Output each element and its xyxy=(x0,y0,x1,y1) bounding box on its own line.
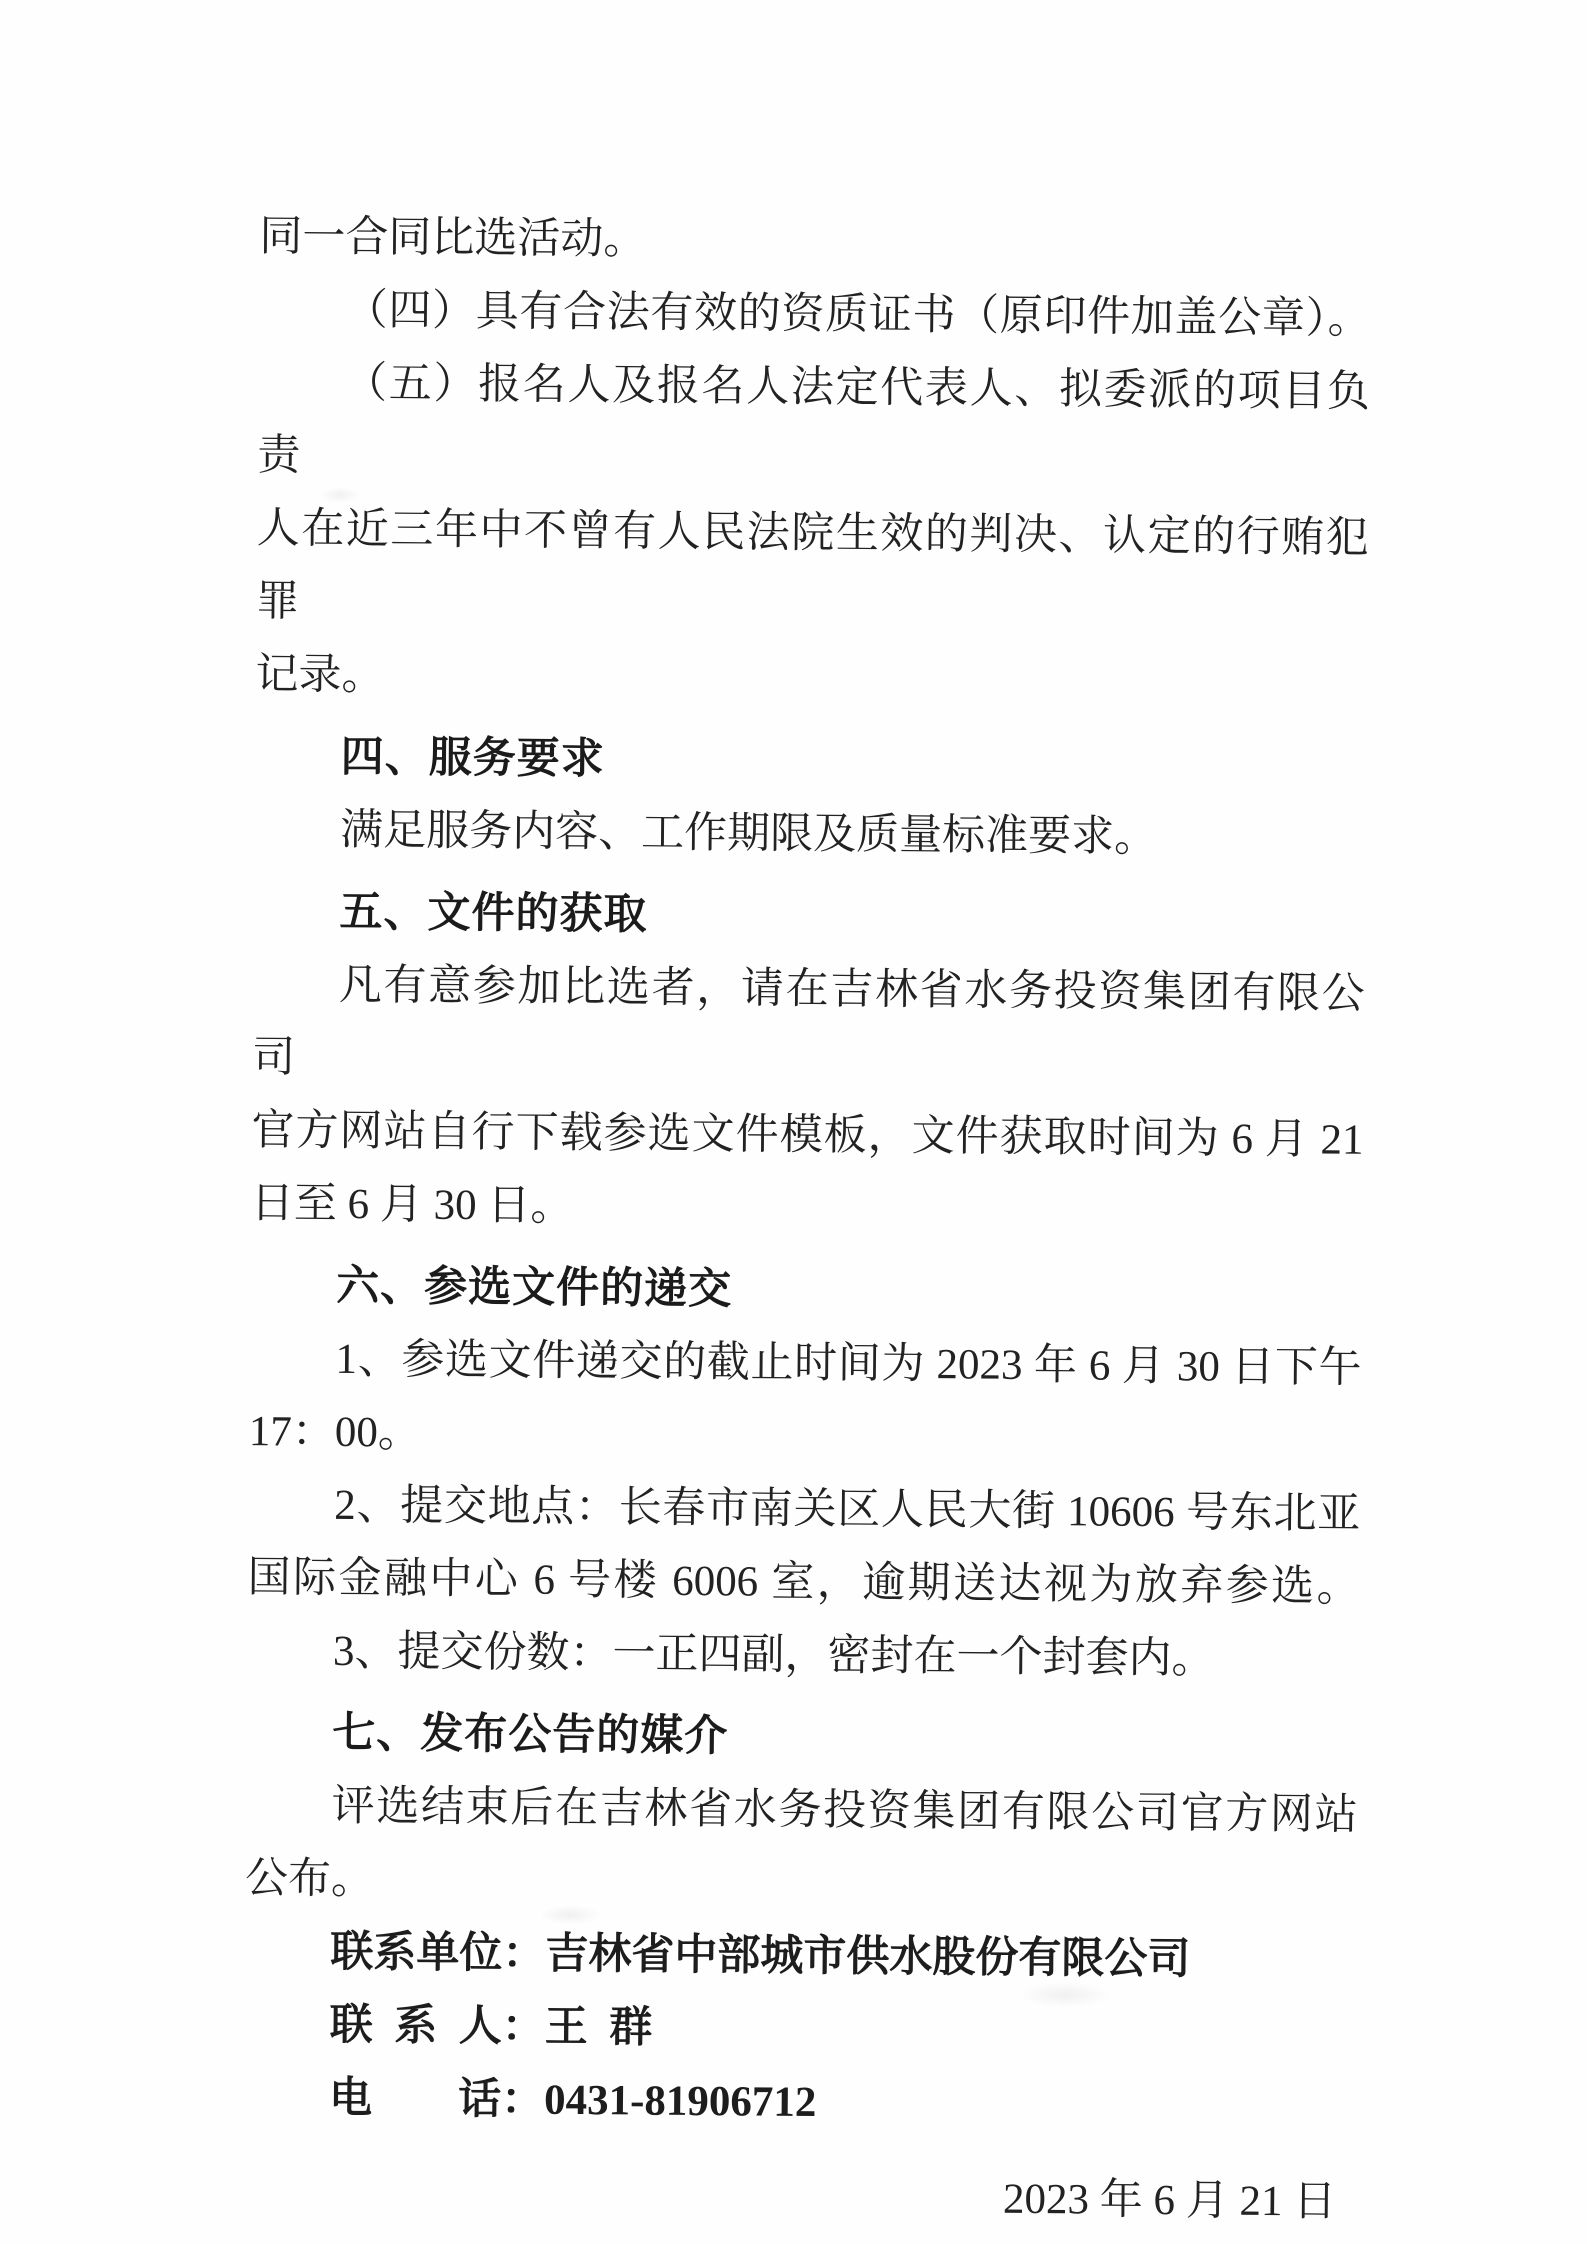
heading-section-5-document-acquisition: 五、文件的获取 xyxy=(253,875,1366,958)
submission-location-line-1: 2、提交地点：长春市南关区人民大街 10606 号东北亚 xyxy=(248,1468,1361,1551)
contact-unit: 联系单位：吉林省中部城市供水股份有限公司 xyxy=(244,1915,1357,1998)
document-date: 2023 年 6 月 21 日 xyxy=(242,2156,1355,2239)
document-acquisition-line-2: 官方网站自行下载参选文件模板，文件获取时间为 6 月 21 xyxy=(251,1094,1364,1177)
condition-item-5-line-2: 人在近三年中不曾有人民法院生效的判决、认定的行贿犯罪 xyxy=(256,492,1369,648)
paragraph-continuation-same-contract: 同一合同比选活动。 xyxy=(259,200,1372,283)
contact-person: 联 系 人：王 群 xyxy=(243,1988,1356,2071)
scanned-document-page: 同一合同比选活动。 （四）具有合法有效的资质证书（原印件加盖公章）。 （五）报名… xyxy=(0,0,1587,2244)
heading-section-7-announcement-media: 七、发布公告的媒介 xyxy=(246,1696,1359,1779)
announcement-media-line-1: 评选结束后在吉林省水务投资集团有限公司官方网站 xyxy=(245,1769,1358,1852)
heading-section-6-document-submission: 六、参选文件的递交 xyxy=(250,1249,1363,1332)
condition-item-4: （四）具有合法有效的资质证书（原印件加盖公章）。 xyxy=(258,273,1371,356)
contact-phone: 电 话：0431-81906712 xyxy=(243,2061,1356,2144)
submission-deadline-line-2: 17：00。 xyxy=(249,1395,1362,1478)
submission-location-line-2: 国际金融中心 6 号楼 6006 室，逾期送达视为放弃参选。 xyxy=(247,1541,1360,1624)
document-acquisition-line-3: 日至 6 月 30 日。 xyxy=(251,1167,1364,1250)
announcement-media-line-2: 公布。 xyxy=(245,1842,1358,1925)
service-requirements-text: 满足服务内容、工作期限及质量标准要求。 xyxy=(254,793,1367,876)
heading-section-4-service-requirements: 四、服务要求 xyxy=(254,720,1367,803)
document-text-block: 同一合同比选活动。 （四）具有合法有效的资质证书（原印件加盖公章）。 （五）报名… xyxy=(242,0,1373,2239)
submission-deadline-line-1: 1、参选文件递交的截止时间为 2023 年 6 月 30 日下午 xyxy=(249,1322,1362,1405)
document-acquisition-line-1: 凡有意参加比选者，请在吉林省水务投资集团有限公司 xyxy=(252,948,1365,1104)
condition-item-5-line-3: 记录。 xyxy=(255,638,1368,721)
condition-item-5-line-1: （五）报名人及报名人法定代表人、拟委派的项目负责 xyxy=(257,346,1370,502)
submission-copies: 3、提交份数：一正四副，密封在一个封套内。 xyxy=(247,1614,1360,1697)
